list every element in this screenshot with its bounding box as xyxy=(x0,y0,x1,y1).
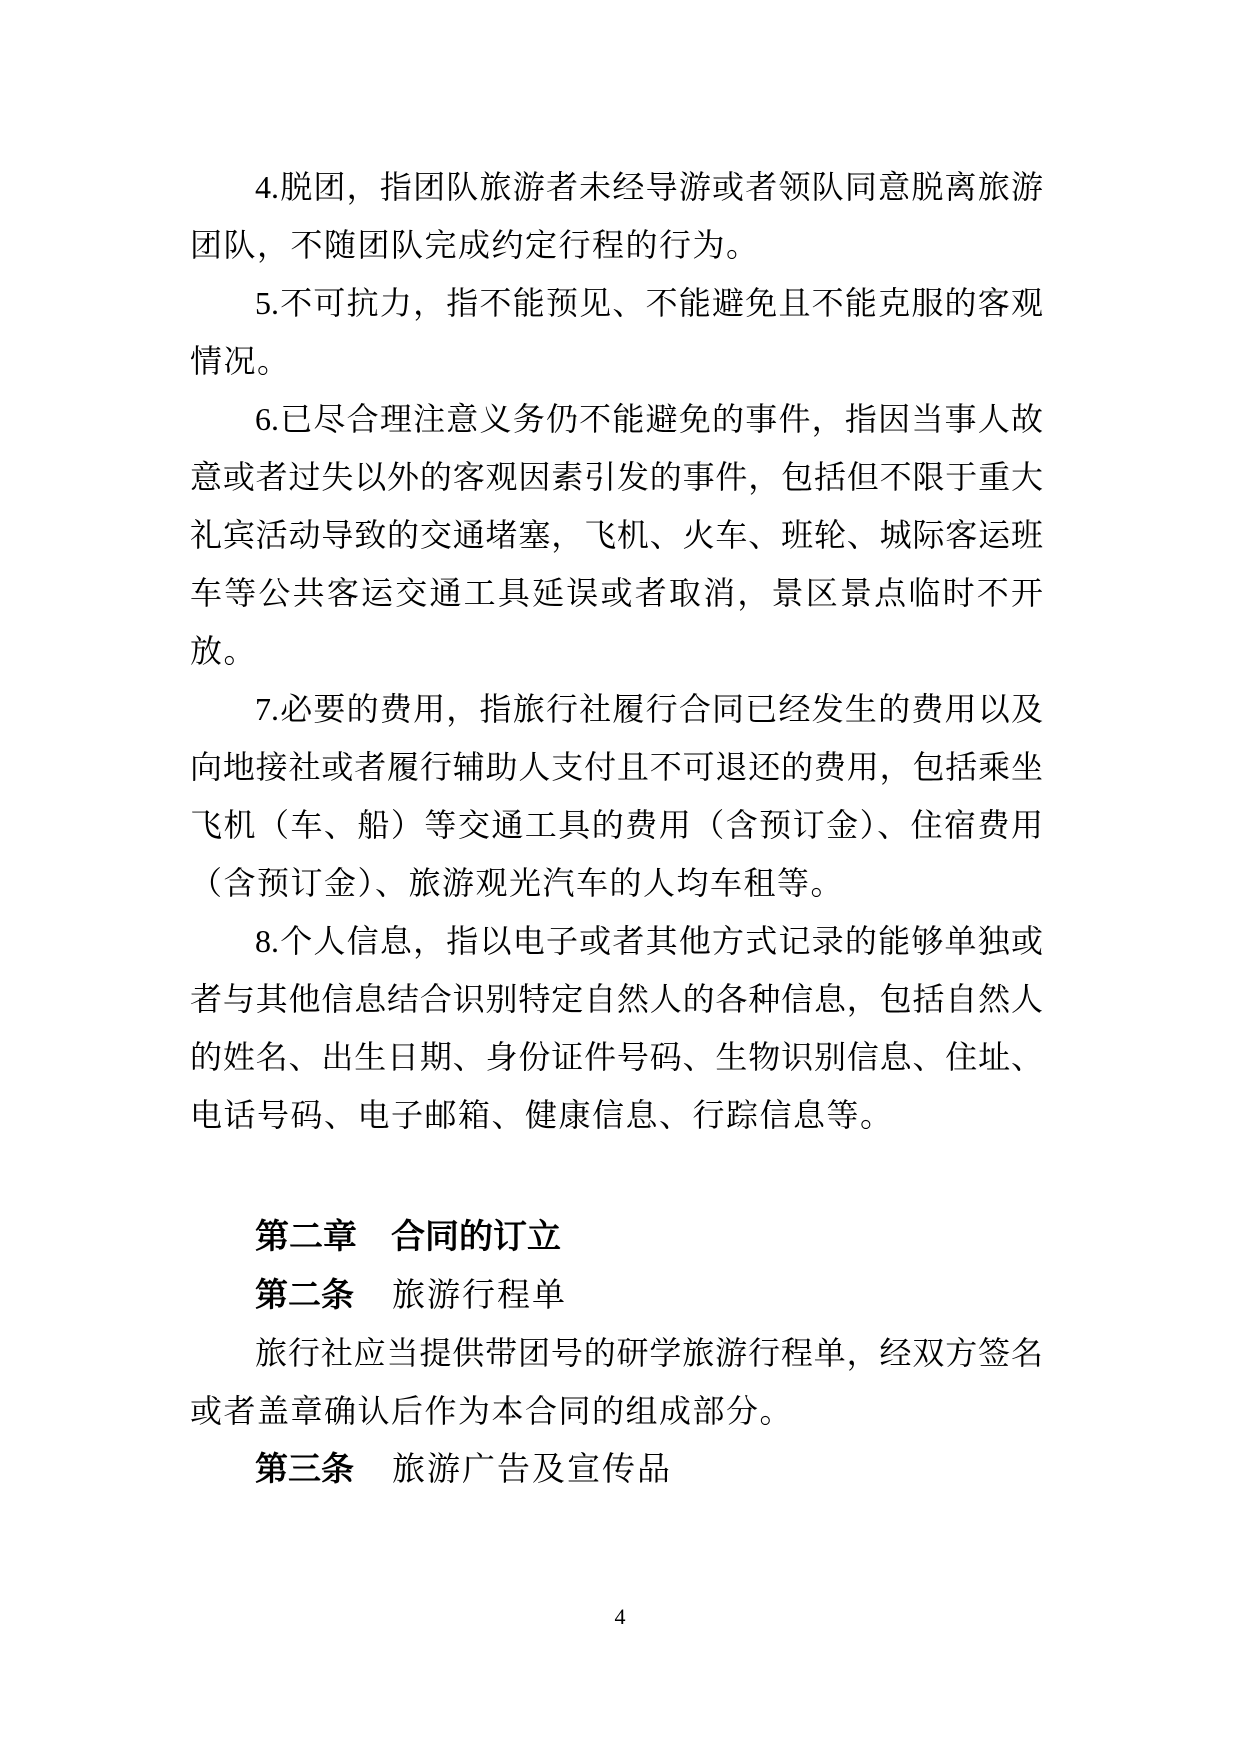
page-content: 4.脱团，指团队旅游者未经导游或者领队同意脱离旅游 团队，不随团队完成约定行程的… xyxy=(0,0,1240,1498)
definition-line: 6.已尽合理注意义务仍不能避免的事件，指因当事人故 xyxy=(190,390,1043,448)
definition-line: 电话号码、电子邮箱、健康信息、行踪信息等。 xyxy=(190,1086,1043,1144)
article-3-heading: 第三条旅游广告及宣传品 xyxy=(190,1440,1043,1498)
definition-line: 的姓名、出生日期、身份证件号码、生物识别信息、住址、 xyxy=(190,1028,1043,1086)
article-body-line: 或者盖章确认后作为本合同的组成部分。 xyxy=(190,1382,1043,1440)
definition-line: 向地接社或者履行辅助人支付且不可退还的费用，包括乘坐 xyxy=(190,738,1043,796)
chapter-number: 第二章 xyxy=(255,1218,357,1256)
definition-line: 飞机（车、船）等交通工具的费用（含预订金）、住宿费用 xyxy=(190,796,1043,854)
chapter-title: 合同的订立 xyxy=(391,1218,561,1256)
article-title: 旅游行程单 xyxy=(392,1278,567,1314)
definition-line: （含预订金）、旅游观光汽车的人均车租等。 xyxy=(190,854,1043,912)
article-number: 第三条 xyxy=(255,1450,354,1487)
definition-line: 意或者过失以外的客观因素引发的事件，包括但不限于重大 xyxy=(190,448,1043,506)
definition-line: 7.必要的费用，指旅行社履行合同已经发生的费用以及 xyxy=(190,680,1043,738)
article-number: 第二条 xyxy=(255,1276,354,1313)
article-2-heading: 第二条旅游行程单 xyxy=(190,1266,1043,1324)
definition-line: 者与其他信息结合识别特定自然人的各种信息，包括自然人 xyxy=(190,970,1043,1028)
definition-line: 情况。 xyxy=(190,332,1043,390)
article-title: 旅游广告及宣传品 xyxy=(392,1452,672,1488)
article-body-line: 旅行社应当提供带团号的研学旅游行程单，经双方签名 xyxy=(190,1324,1043,1382)
definition-line: 4.脱团，指团队旅游者未经导游或者领队同意脱离旅游 xyxy=(190,158,1043,216)
chapter-2-heading: 第二章合同的订立 xyxy=(190,1208,1043,1266)
definition-line: 5.不可抗力，指不能预见、不能避免且不能克服的客观 xyxy=(190,274,1043,332)
page-number: 4 xyxy=(0,1602,1240,1632)
definition-line: 团队，不随团队完成约定行程的行为。 xyxy=(190,216,1043,274)
definition-line: 礼宾活动导致的交通堵塞，飞机、火车、班轮、城际客运班 xyxy=(190,506,1043,564)
definition-line: 8.个人信息，指以电子或者其他方式记录的能够单独或 xyxy=(190,912,1043,970)
document-page: 4.脱团，指团队旅游者未经导游或者领队同意脱离旅游 团队，不随团队完成约定行程的… xyxy=(0,0,1240,1754)
definition-line: 放。 xyxy=(190,622,1043,680)
blank-line xyxy=(190,1144,1043,1208)
definition-line: 车等公共客运交通工具延误或者取消，景区景点临时不开 xyxy=(190,564,1043,622)
